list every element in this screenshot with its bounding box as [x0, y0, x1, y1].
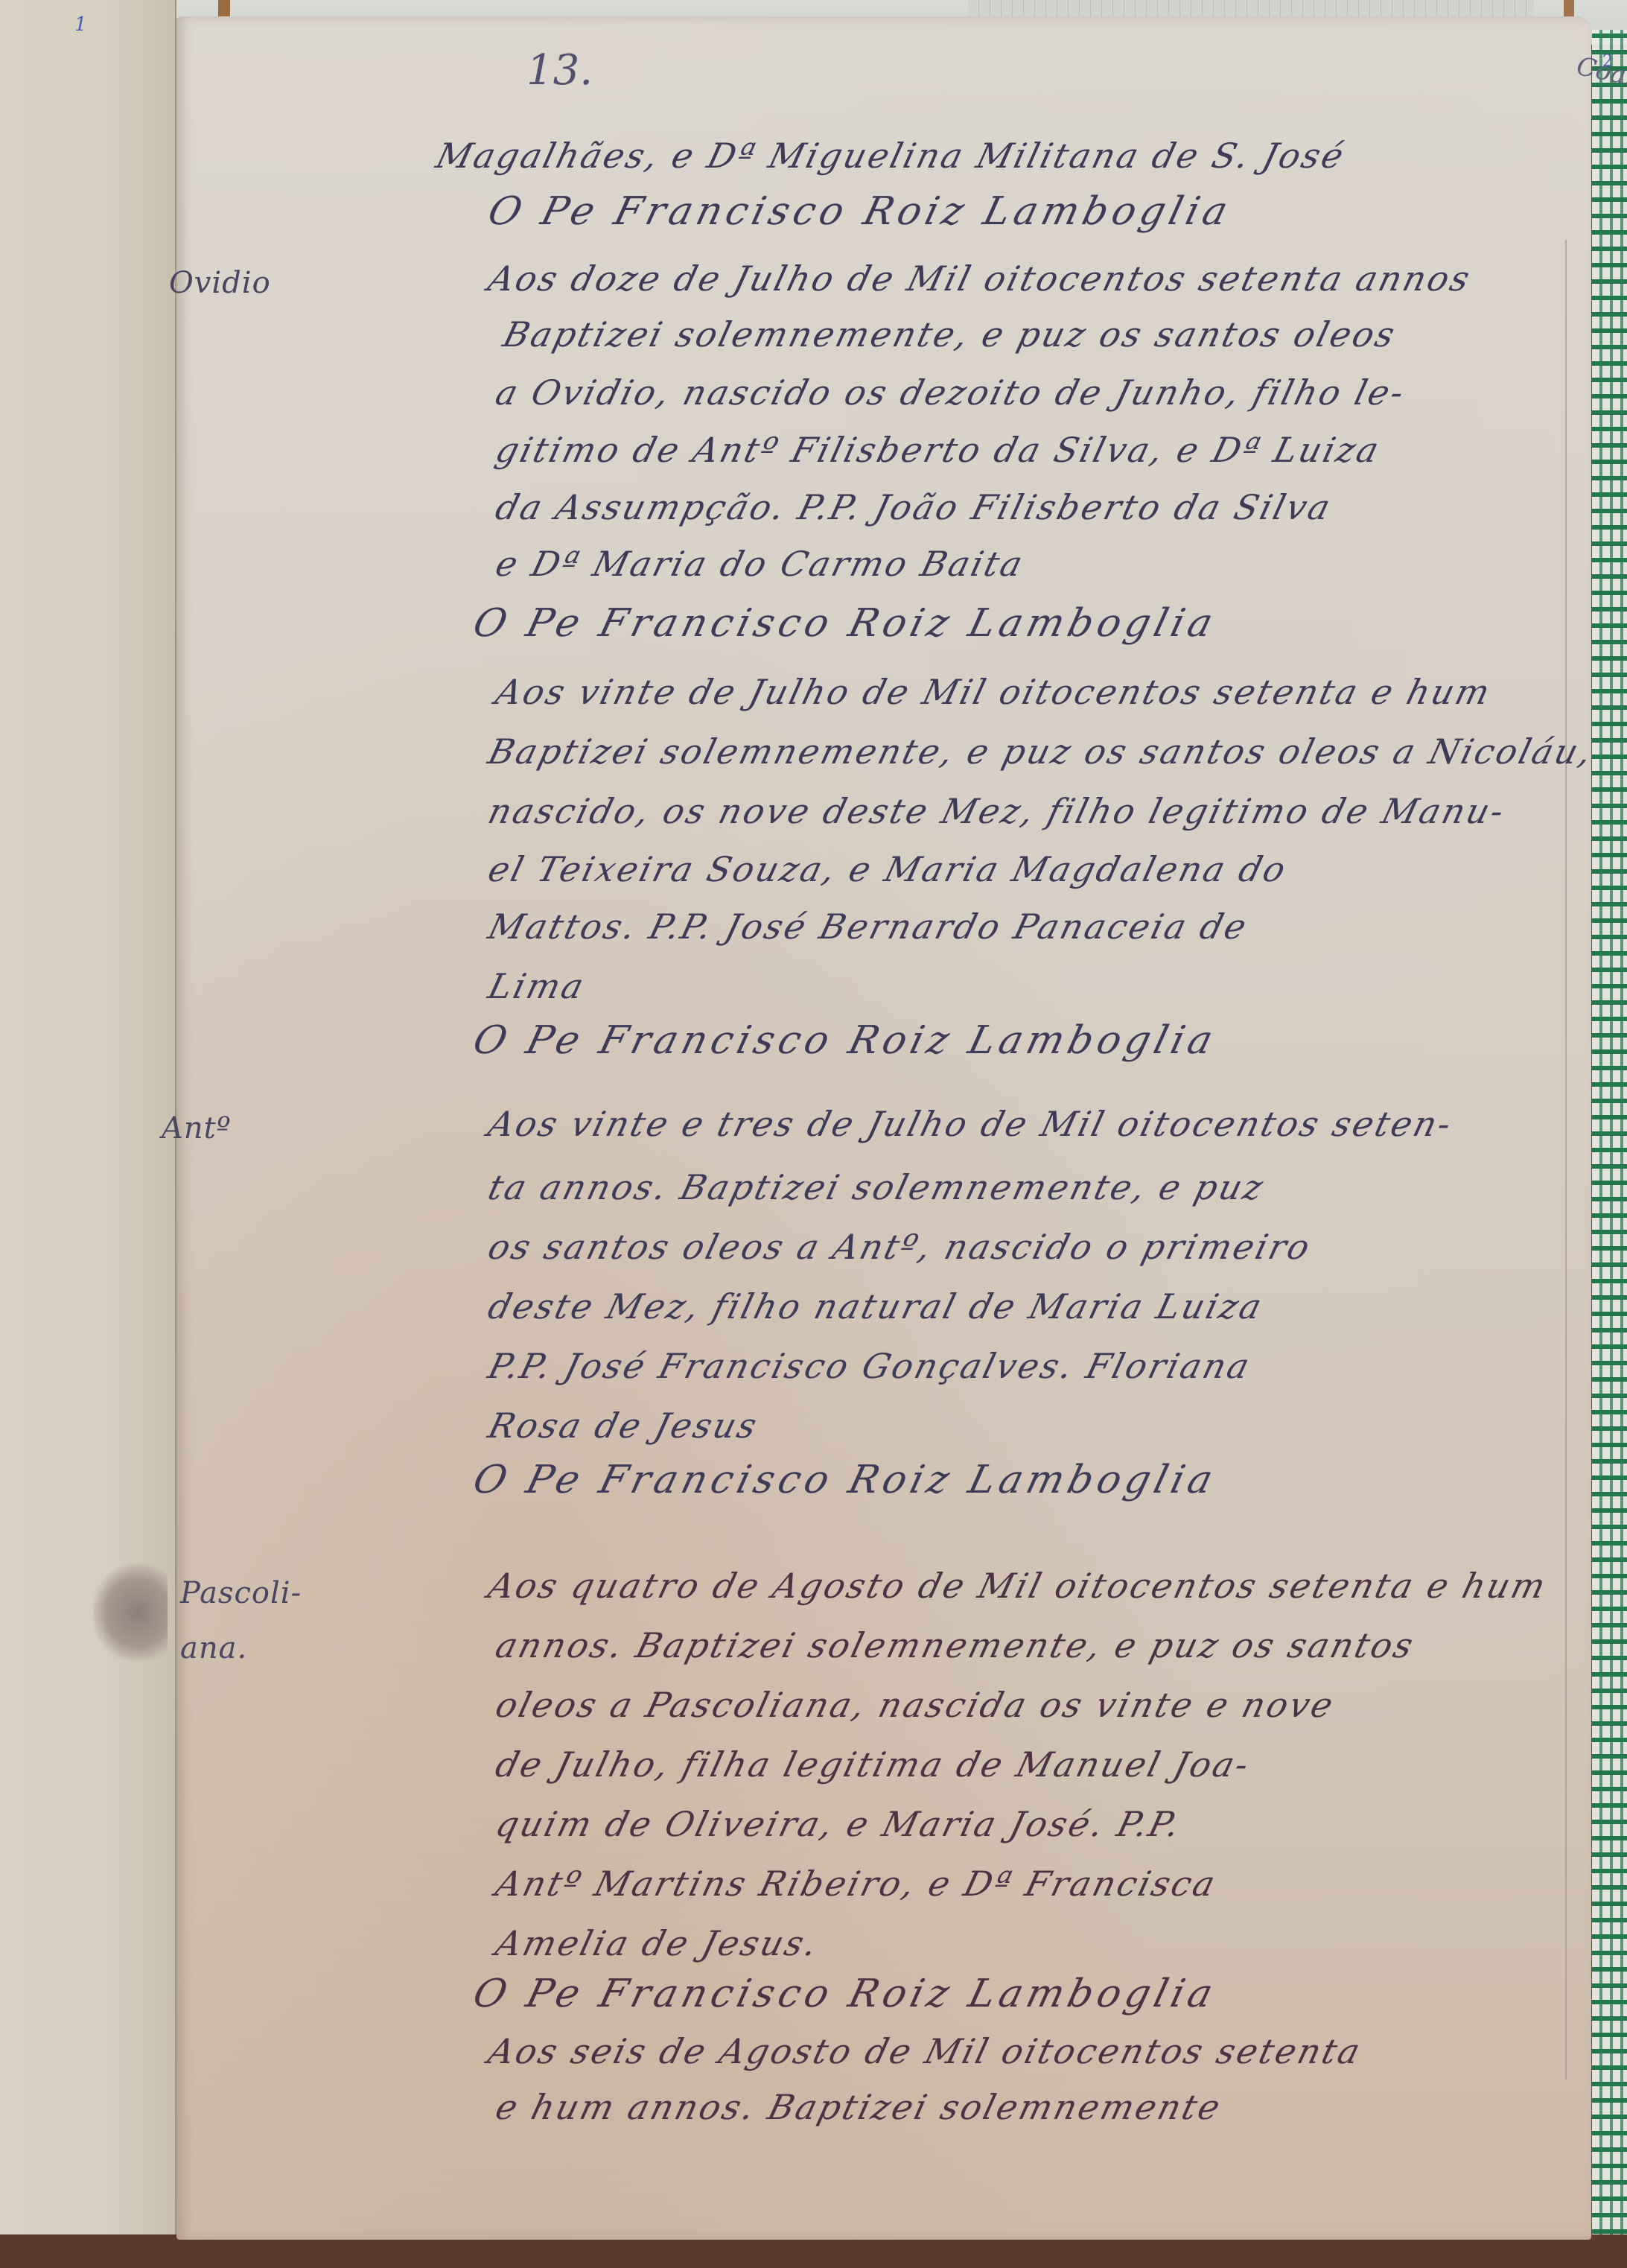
entry-line: Aos quatro de Agosto de Mil oitocentos s…: [484, 1566, 1551, 1606]
priest-signature: O Pe Francisco Roiz Lamboglia: [469, 1458, 1222, 1502]
entry-line: Baptizei solemnemente, e puz os santos o…: [499, 314, 1401, 355]
entry-line: Aos vinte de Julho de Mil oitocentos set…: [491, 672, 1496, 712]
priest-signature: O Pe Francisco Roiz Lamboglia: [469, 1018, 1222, 1063]
entry-line: e Dª Maria do Carmo Baita: [491, 544, 1028, 584]
entry-line: deste Mez, filho natural de Maria Luiza: [484, 1286, 1267, 1327]
paper-tear-damage: [93, 1564, 168, 1661]
entry-line: Amelia de Jesus.: [491, 1923, 823, 1963]
priest-signature: O Pe Francisco Roiz Lamboglia: [484, 189, 1237, 234]
entry-line: Magalhães, e Dª Miguelina Militana de S.…: [432, 136, 1349, 176]
entry-line: de Julho, filha legitima de Manuel Joa-: [491, 1744, 1255, 1785]
entry-line: quim de Oliveira, e Maria José. P.P.: [491, 1804, 1185, 1844]
entry-line: da Assumpção. P.P. João Filisberto da Si…: [491, 487, 1336, 527]
entry-line: Baptizei solemnemente, e puz os santos o…: [484, 731, 1597, 772]
entry-line: nascido, os nove deste Mez, filho legiti…: [484, 791, 1510, 831]
entry-line: a Ovidio, nascido os dezoito de Junho, f…: [491, 372, 1410, 413]
margin-child-name: Pascoli-ana.: [180, 1566, 314, 1676]
register-page: 13. 2 Coar P Magalhães, e Dª Miguelina M…: [176, 16, 1591, 2240]
folio-number: 13.: [526, 46, 593, 95]
entry-line: os santos oleos a Antº, nascido o primei…: [484, 1227, 1316, 1267]
entry-line: Aos vinte e tres de Julho de Mil oitocen…: [484, 1104, 1457, 1144]
entry-line: Rosa de Jesus: [484, 1405, 762, 1446]
right-margin-rule: [1565, 240, 1567, 2080]
left-page-blue-mark: 1: [74, 13, 87, 36]
entry-line: gitimo de Antº Filisberto da Silva, e Dª…: [491, 430, 1385, 470]
priest-signature: O Pe Francisco Roiz Lamboglia: [469, 601, 1222, 646]
entry-line: annos. Baptizei solemnemente, e puz os s…: [491, 1625, 1419, 1665]
entry-line: Lima: [484, 966, 590, 1006]
entry-line: el Teixeira Souza, e Maria Magdalena do: [484, 849, 1291, 889]
entry-line: P.P. José Francisco Gonçalves. Floriana: [484, 1346, 1255, 1386]
green-gingham-binding: [1592, 30, 1627, 2246]
entry-line: Antº Martins Ribeiro, e Dª Francisca: [491, 1864, 1221, 1904]
entry-line: Aos seis de Agosto de Mil oitocentos set…: [484, 2031, 1366, 2071]
entry-line: ta annos. Baptizei solemnemente, e puz: [484, 1167, 1269, 1207]
priest-signature: O Pe Francisco Roiz Lamboglia: [469, 1972, 1222, 2016]
entry-line: Mattos. P.P. José Bernardo Panaceia de: [484, 906, 1252, 947]
margin-child-name: Ovidio: [169, 266, 271, 300]
left-verso-page-edge: 1: [0, 0, 176, 2268]
entry-line: e hum annos. Baptizei solemnemente: [491, 2087, 1226, 2127]
entry-line: Aos doze de Julho de Mil oitocentos sete…: [484, 258, 1476, 299]
margin-child-name: Antº: [162, 1111, 232, 1146]
entry-line: oleos a Pascoliana, nascida os vinte e n…: [491, 1685, 1339, 1725]
